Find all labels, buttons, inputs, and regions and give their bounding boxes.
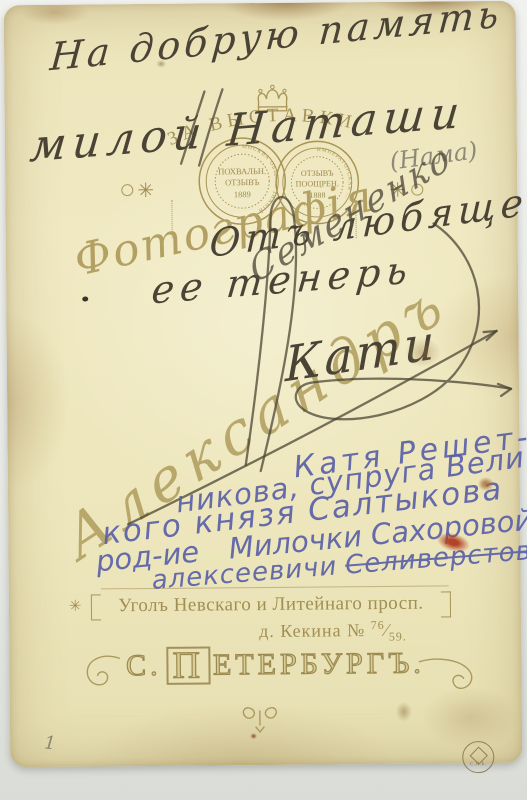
corner-pencil-mark: 1 xyxy=(43,732,56,754)
pencil-flourish-strokes xyxy=(4,1,523,767)
brown-stain-small xyxy=(478,477,494,491)
card-verso: ЗА ВЫСТАВКИ ✳ ✳ МОСКВА ОБЩ. … ЗНАНІЙ ПОХ… xyxy=(4,1,523,767)
scanned-photo-card: ЗА ВЫСТАВКИ ✳ ✳ МОСКВА ОБЩ. … ЗНАНІЙ ПОХ… xyxy=(0,0,527,800)
small-spot-bottom xyxy=(250,733,257,739)
water-spot xyxy=(396,702,412,722)
tan-blotch xyxy=(405,337,441,367)
top-speck xyxy=(156,60,166,68)
dark-speck xyxy=(82,297,88,302)
